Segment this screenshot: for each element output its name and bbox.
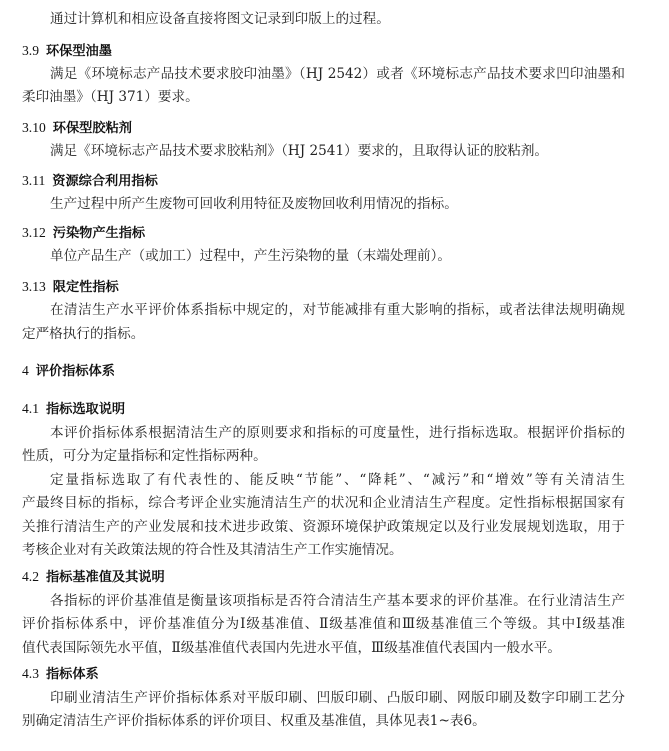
paragraph-line: 生产过程中所产生废物可回收利用特征及废物回收利用情况的指标。 (50, 194, 625, 214)
paragraph-line: 考核企业对有关政策法规的符合性及其清洁生产工作实施情况。 (22, 540, 622, 560)
paragraph-line: 性质，可分为定量指标和定性指标两种。 (22, 446, 622, 466)
paragraph-line: 满足《环境标志产品技术要求胶粘剂》（HJ 2541）要求的，且取得认证的胶粘剂。 (50, 141, 625, 161)
section-heading-3-12: 3.12污染物产生指标 (22, 223, 622, 244)
paragraph-line: 通过计算机和相应设备直接将图文记录到印版上的过程。 (50, 9, 625, 29)
paragraph-line: 满足《环境标志产品技术要求胶印油墨》（HJ 2542）或者《环境标志产品技术要求… (50, 64, 625, 84)
paragraph-line: 本评价指标体系根据清洁生产的原则要求和指标的可度量性，进行指标选取。根据评价指标… (50, 423, 625, 443)
section-title: 限定性指标 (53, 280, 119, 295)
paragraph-line: 定严格执行的指标。 (22, 324, 622, 344)
paragraph-line: 产最终目标的指标，综合考评企业实施清洁生产的状况和企业清洁生产程度。定性指标根据… (22, 493, 625, 513)
section-title: 环保型油墨 (46, 44, 112, 59)
section-heading-3-11: 3.11资源综合利用指标 (22, 171, 622, 192)
section-heading-3-9: 3.9环保型油墨 (22, 41, 622, 62)
section-heading-4-3: 4.3指标体系 (22, 664, 622, 685)
section-number: 4.2 (22, 569, 39, 584)
section-number: 4 (22, 363, 29, 378)
paragraph-line: 别确定清洁生产评价指标体系的评价项目、权重及基准值，具体见表1~表6。 (22, 711, 622, 731)
section-number: 3.13 (22, 279, 46, 294)
section-heading-4-2: 4.2指标基准值及其说明 (22, 567, 622, 588)
section-title: 指标体系 (46, 667, 99, 682)
section-number: 3.12 (22, 225, 46, 240)
paragraph-line: 各指标的评价基准值是衡量该项指标是否符合清洁生产基本要求的评价基准。在行业清洁生… (50, 591, 625, 611)
paragraph-line: 单位产品生产（或加工）过程中，产生污染物的量（末端处理前）。 (50, 246, 625, 266)
section-title: 指标基准值及其说明 (46, 570, 165, 585)
section-title: 污染物产生指标 (53, 226, 145, 241)
paragraph-line: 印刷业清洁生产评价指标体系对平版印刷、凹版印刷、凸版印刷、网版印刷及数字印刷工艺… (50, 688, 625, 708)
section-title: 环保型胶粘剂 (53, 121, 132, 136)
paragraph-line: 定量指标选取了有代表性的、能反映“节能”、“降耗”、“减污”和“增效”等有关清洁… (50, 470, 625, 490)
section-title: 资源综合利用指标 (52, 174, 158, 189)
section-number: 4.1 (22, 401, 39, 416)
section-number: 3.10 (22, 120, 46, 135)
paragraph-line: 关推行清洁生产的产业发展和技术进步政策、资源环境保护政策规定以及行业发展规划选取… (22, 517, 625, 537)
section-title: 指标选取说明 (46, 402, 125, 417)
chapter-heading-4: 4评价指标体系 (22, 361, 622, 382)
section-heading-3-10: 3.10环保型胶粘剂 (22, 118, 622, 139)
section-number: 4.3 (22, 666, 39, 681)
section-heading-4-1: 4.1指标选取说明 (22, 399, 622, 420)
section-number: 3.11 (22, 173, 45, 188)
paragraph-line: 值代表国际领先水平值，Ⅱ级基准值代表国内先进水平值，Ⅲ级基准值代表国内一般水平。 (22, 638, 622, 658)
section-title: 评价指标体系 (36, 364, 115, 379)
section-number: 3.9 (22, 43, 39, 58)
section-heading-3-13: 3.13限定性指标 (22, 277, 622, 298)
paragraph-line: 在清洁生产水平评价体系指标中规定的，对节能减排有重大影响的指标，或者法律法规明确… (50, 300, 625, 320)
paragraph-line: 柔印油墨》（HJ 371）要求。 (22, 87, 622, 107)
paragraph-line: 评价指标体系中，评价基准值分为Ⅰ级基准值、Ⅱ级基准值和Ⅲ级基准值三个等级。其中Ⅰ… (22, 614, 625, 634)
